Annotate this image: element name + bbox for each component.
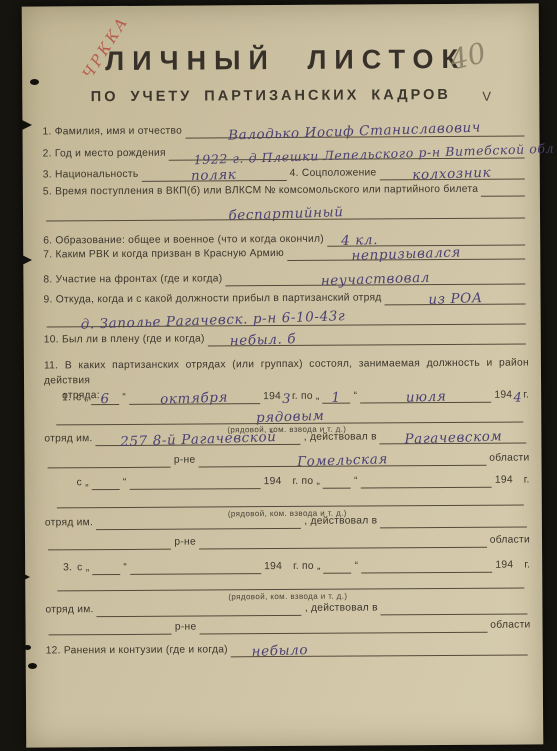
punch-hole-artifact [30,79,39,85]
pencil-number-mark: 40 [447,36,490,77]
entry2-unit-row: отряд им. , действовал в [45,513,530,530]
to-prefix: г. по „ [292,391,320,404]
entry2-number [63,489,77,490]
field-party-label: 5. Время поступления в ВКП(б) или ВЛКСМ … [43,184,478,199]
form-paper: ЧРККА ЛИЧНЫЙ ЛИСТОК 40 ПО УЧЕТУ ПАРТИЗАН… [22,3,544,747]
field-fronts: 8. Участие на фронтах (где и когда) неуч… [43,270,528,287]
entry1-month-from: октября [160,391,228,407]
edge-mark-artifact [24,645,31,650]
entry1-dates: 1. с „ 6 “ октября 194 3 г. по „ 1 “ июл… [62,388,529,405]
field-social-line: колхозник [379,165,524,181]
field-party-value-row: беспартийный [43,204,528,221]
field-origin-row2: д. Заполье Рагачевск. р-н 6-10-43г [44,310,529,327]
scanned-document: { "page": { "title": "ЛИЧНЫЙ ЛИСТОК", "s… [0,0,557,751]
unit-prefix: отряд им. [44,433,92,446]
entry1-month-to-line: июля [360,388,491,404]
field-fronts-line: неучаствовал [225,270,525,287]
district-label: р-не [174,455,196,468]
entry2-month-from-line [129,474,260,490]
field-nationality-label: 3. Национальность [43,169,139,182]
entry3-day-to-line [324,559,352,574]
entry3-district-line [199,618,487,635]
entry3-district-line0 [48,620,171,636]
quote: “ [355,561,359,574]
acted-prefix: , действовал в [304,432,377,445]
year-prefix: 194 [495,475,513,488]
entry1-unit-line: 257 8-й Рагачевской [96,430,301,446]
entry3-unit-line [97,601,302,617]
to-prefix: г. по „ [293,476,321,489]
entry1-acted-in: Рагачевском [404,430,502,447]
field-origin-value2: д. Заполье Рагачевск. р-н 6-10-43г [80,310,345,332]
field-social-label: 4. Соцположение [290,168,377,181]
year-suffix: г. [524,560,530,573]
field-nationality-social: 3. Национальность поляк 4. Соцположение … [43,165,528,182]
field-rvk-line: непризывался [287,245,525,261]
oblast-label: области [489,453,529,466]
field-wounds: 12. Ранения и контузии (где и когда) неб… [46,641,531,658]
quote: “ [354,391,358,404]
from-prefix: с „ [77,562,89,575]
entry1-month-to: июля [405,390,446,405]
entry1-day-to: 1 [332,391,342,405]
field-surname-line: Валодько Иосиф Станиславович [185,122,525,139]
entry3-day-from-line [92,560,120,575]
entry1-district-line: Гомельская [198,451,486,468]
entry3-number: 3. [63,562,77,575]
entry3-acted-line [381,600,528,616]
field-origin-label: 9. Откуда, когда и с какой должности при… [44,293,382,308]
field-rvk-value: непризывался [351,246,461,263]
field-birth: 2. Год и место рождения 1922 г. д Плешки… [43,144,528,161]
entry2-rank-line [57,491,524,509]
field-captivity-line: небыл. б [208,330,526,347]
entry1-district: Гомельская [297,453,388,469]
oblast-label: области [490,535,530,548]
edge-tear-artifact [22,120,32,130]
entry2-day-from-line [92,475,120,490]
edge-tear-artifact [18,253,32,267]
entry1-year-from: 3 [281,393,292,406]
entry1-day-from-line: 6 [91,390,119,405]
field-captivity-label: 10. Был ли в плену (где и когда) [44,334,205,348]
entry2-unit-line [96,514,301,530]
quote: “ [123,562,127,575]
entry1-district-row: р-не Гомельская области [44,451,529,468]
field-birth-label: 2. Год и место рождения [43,148,166,162]
field-party-line-short [481,182,525,197]
entry2-month-to-line [361,473,492,489]
field-wounds-line: небыло [231,641,528,658]
entry3-month-from-line [130,559,261,575]
field-origin-line2: д. Заполье Рагачевск. р-н 6-10-43г [47,310,526,328]
entry1-rank-line: рядовым [56,408,523,426]
field-birth-value: 1922 г. д Плешки Лепельского р-н Витебск… [194,142,555,166]
entry1-district-line0 [47,453,170,469]
field-surname: 1. Фамилия, имя и отчество Валодько Иоси… [42,122,527,139]
entry3-unit-row: отряд им. , действовал в [45,600,530,617]
year-suffix: г. [523,390,529,403]
entry2-acted-line [380,513,527,529]
acted-prefix: , действовал в [304,516,377,529]
year-prefix: 194 [263,391,281,404]
field-fronts-label: 8. Участие на фронтах (где и когда) [43,274,222,288]
year-prefix: 194 [264,561,282,574]
entry1-rank: рядовым [255,409,324,425]
field-nationality-line: поляк [141,166,286,182]
year-prefix: 194 [494,390,512,403]
district-label: р-не [174,537,196,550]
entry2-day-to-line [323,474,351,489]
unit-prefix: отряд им. [45,517,93,530]
oblast-label: области [490,620,530,633]
field-rvk: 7. Каким РВК и когда призван в Красную А… [43,245,528,262]
field-birth-line: 1922 г. д Плешки Лепельского р-н Витебск… [169,144,525,161]
field-party-line: беспартийный [46,204,525,222]
entry3-month-to-line [361,558,492,574]
edge-mark-artifact [28,663,37,669]
unit-prefix: отряд им. [45,604,93,617]
field-surname-value: Валодько Иосиф Станиславович [228,121,481,143]
check-mark: V [482,89,491,104]
entry2-district-line [199,533,487,550]
entry3-district-row: р-не области [45,618,530,635]
quote: “ [354,476,358,489]
entry1-unit: 257 8-й Рагачевской [120,430,277,449]
entry1-day-from: 6 [101,392,111,406]
form-title: ЛИЧНЫЙ ЛИСТОК [92,44,479,77]
entry1-month-from-line: октября [129,389,260,405]
from-prefix: с „ [77,477,89,490]
year-prefix: 194 [264,476,282,489]
quote: “ [122,392,126,405]
field-captivity: 10. Был ли в плену (где и когда) небыл. … [44,330,529,347]
entry1-unit-row: отряд им. 257 8-й Рагачевской , действов… [44,429,529,446]
entry2-district-row: р-не области [45,533,530,550]
field-units-header-line1: 11. В каких партизанских отрядах (или гр… [44,355,529,388]
year-suffix: г. [524,475,530,488]
field-party: 5. Время поступления в ВКП(б) или ВЛКСМ … [43,182,528,199]
field-fronts-value: неучаствовал [321,271,431,288]
entry2-dates: с „ “ 194 г. по „ “ 194 г. [63,473,530,490]
entry2-district-line0 [48,535,171,551]
district-label: р-не [175,622,197,635]
field-origin-value: из РОА [428,292,483,307]
year-prefix: 194 [495,560,513,573]
entry1-number: 1. [62,392,76,405]
acted-prefix: , действовал в [305,603,378,616]
edge-tear-artifact [20,572,30,582]
field-wounds-value: небыло [251,644,308,659]
field-rvk-label: 7. Каким РВК и когда призван в Красную А… [43,248,284,262]
field-party-value: беспартийный [228,206,344,223]
quote: “ [123,477,127,490]
field-surname-label: 1. Фамилия, имя и отчество [42,126,182,140]
field-origin: 9. Откуда, когда и с какой должности при… [43,290,528,307]
field-social-value: колхозник [412,166,491,182]
entry1-day-to-line: 1 [323,389,351,404]
field-nationality-value: поляк [191,168,237,183]
to-prefix: г. по „ [293,561,321,574]
form-subtitle: ПО УЧЕТУ ПАРТИЗАНСКИХ КАДРОВ [62,87,479,106]
entry3-dates: 3. с „ “ 194 г. по „ “ 194 г. [63,558,530,575]
field-captivity-value: небыл. б [230,333,297,349]
entry1-year-to: 4 [512,392,523,405]
field-wounds-label: 12. Ранения и контузии (где и когда) [46,645,228,659]
entry3-rank-line [57,574,524,592]
field-origin-line: из РОА [384,290,525,306]
entry1-acted-line: Рагачевском [380,429,527,445]
from-prefix: с „ [76,392,88,405]
